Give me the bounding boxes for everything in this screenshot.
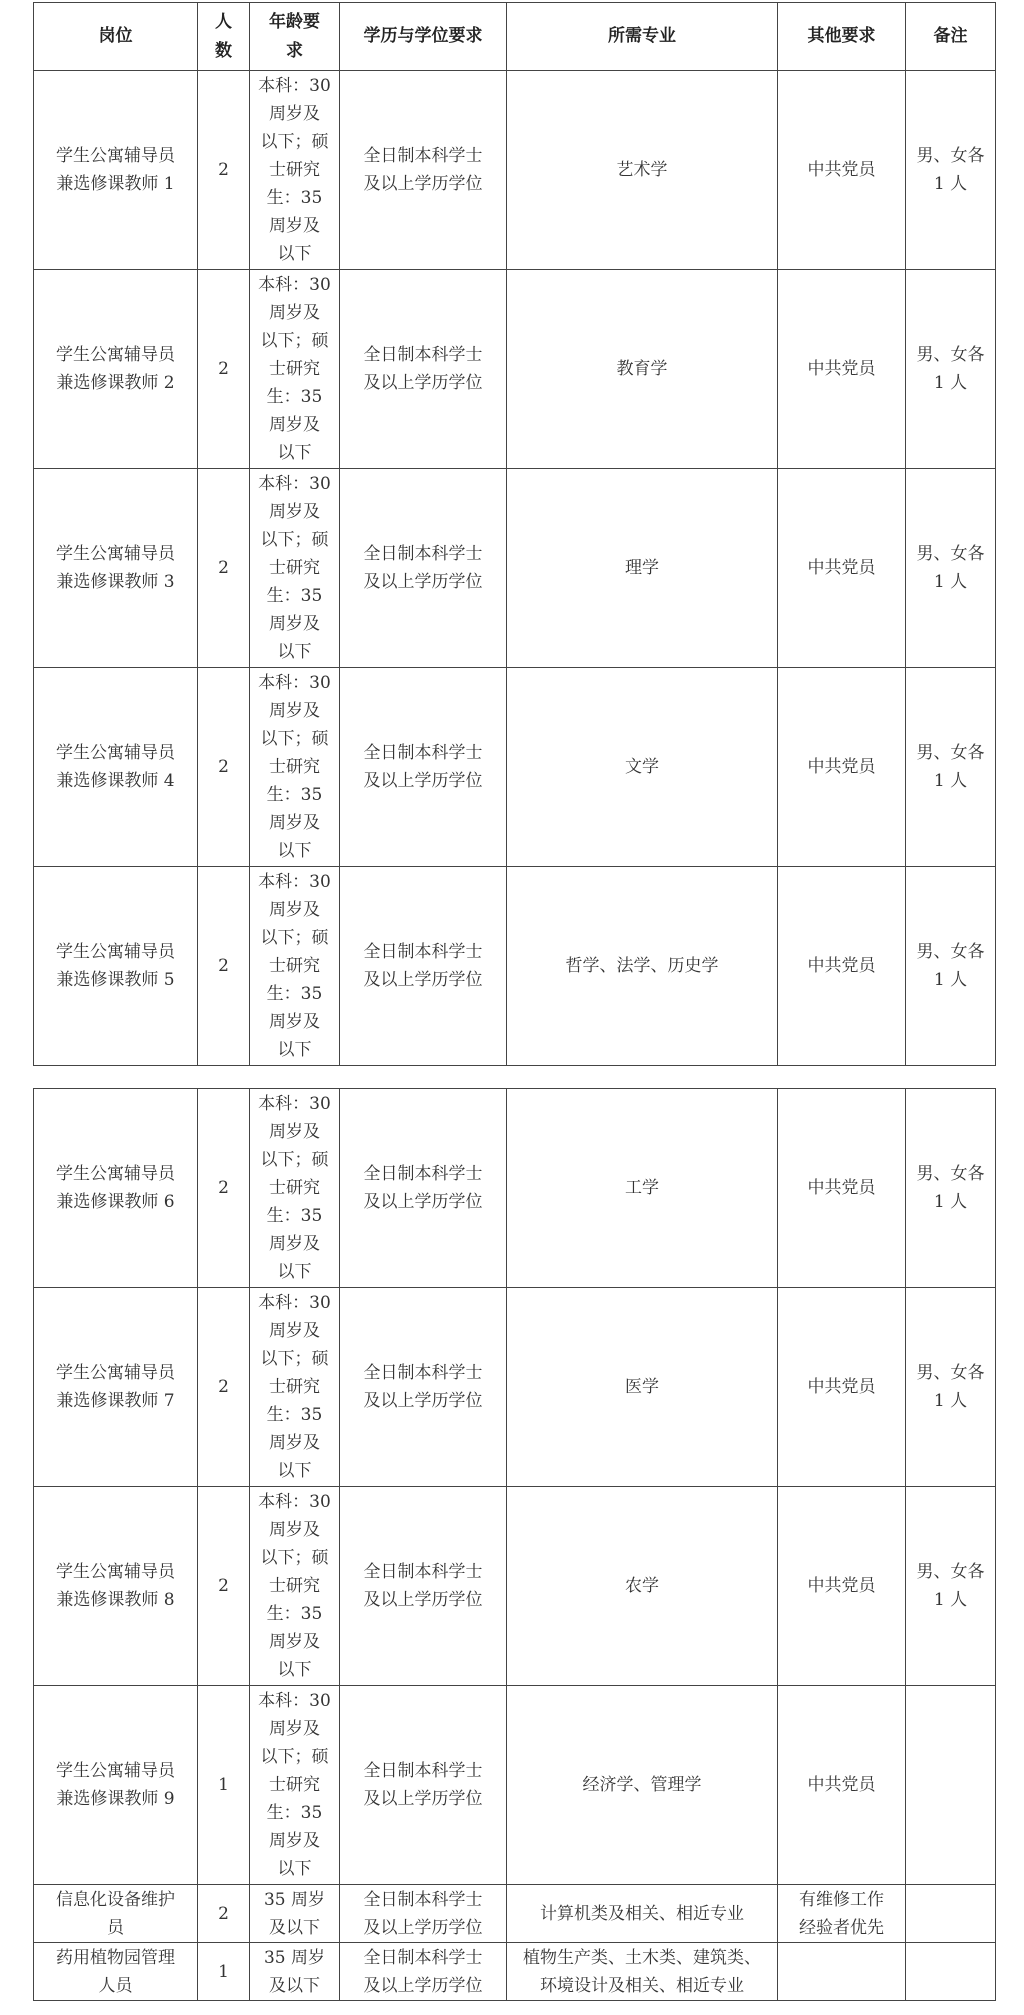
cell-education: 全日制本科学士 及以上学历学位 <box>340 1288 507 1487</box>
cell-note: 男、女各 1 人 <box>906 71 996 270</box>
header-note: 备注 <box>906 3 996 71</box>
recruitment-table-page-2: 学生公寓辅导员 兼选修课教师 62本科：30 周岁及 以下；硕 士研究 生：35… <box>33 1088 996 2001</box>
cell-count: 1 <box>198 1686 250 1885</box>
table-header-row: 岗位 人 数 年龄要 求 学历与学位要求 所需专业 其他要求 备注 <box>34 3 996 71</box>
cell-position: 学生公寓辅导员 兼选修课教师 4 <box>34 668 198 867</box>
cell-other: 中共党员 <box>778 270 906 469</box>
cell-education: 全日制本科学士 及以上学历学位 <box>340 1943 507 2001</box>
cell-other: 中共党员 <box>778 1686 906 1885</box>
cell-age: 本科：30 周岁及 以下；硕 士研究 生：35 周岁及 以下 <box>250 867 340 1066</box>
table-row: 药用植物园管理 人员135 周岁 及以下全日制本科学士 及以上学历学位植物生产类… <box>34 1943 996 2001</box>
cell-major: 植物生产类、土木类、建筑类、 环境设计及相关、相近专业 <box>507 1943 778 2001</box>
cell-other: 中共党员 <box>778 867 906 1066</box>
header-education: 学历与学位要求 <box>340 3 507 71</box>
header-other: 其他要求 <box>778 3 906 71</box>
cell-age: 本科：30 周岁及 以下；硕 士研究 生：35 周岁及 以下 <box>250 668 340 867</box>
cell-other: 中共党员 <box>778 1487 906 1686</box>
cell-position: 学生公寓辅导员 兼选修课教师 9 <box>34 1686 198 1885</box>
cell-education: 全日制本科学士 及以上学历学位 <box>340 1089 507 1288</box>
table-row: 学生公寓辅导员 兼选修课教师 22本科：30 周岁及 以下；硕 士研究 生：35… <box>34 270 996 469</box>
cell-count: 2 <box>198 469 250 668</box>
cell-major: 理学 <box>507 469 778 668</box>
cell-education: 全日制本科学士 及以上学历学位 <box>340 668 507 867</box>
table-row: 学生公寓辅导员 兼选修课教师 42本科：30 周岁及 以下；硕 士研究 生：35… <box>34 668 996 867</box>
cell-major: 文学 <box>507 668 778 867</box>
cell-other: 中共党员 <box>778 1288 906 1487</box>
cell-count: 2 <box>198 71 250 270</box>
cell-count: 2 <box>198 867 250 1066</box>
cell-major: 经济学、管理学 <box>507 1686 778 1885</box>
cell-position: 药用植物园管理 人员 <box>34 1943 198 2001</box>
cell-age: 本科：30 周岁及 以下；硕 士研究 生：35 周岁及 以下 <box>250 469 340 668</box>
cell-other: 中共党员 <box>778 469 906 668</box>
cell-position: 学生公寓辅导员 兼选修课教师 2 <box>34 270 198 469</box>
cell-position: 学生公寓辅导员 兼选修课教师 8 <box>34 1487 198 1686</box>
cell-age: 本科：30 周岁及 以下；硕 士研究 生：35 周岁及 以下 <box>250 71 340 270</box>
cell-note <box>906 1943 996 2001</box>
cell-note <box>906 1686 996 1885</box>
cell-other: 有维修工作 经验者优先 <box>778 1885 906 1943</box>
cell-count: 2 <box>198 270 250 469</box>
table-row: 学生公寓辅导员 兼选修课教师 91本科：30 周岁及 以下；硕 士研究 生：35… <box>34 1686 996 1885</box>
cell-count: 2 <box>198 1089 250 1288</box>
cell-count: 2 <box>198 1885 250 1943</box>
table-row: 学生公寓辅导员 兼选修课教师 12本科：30 周岁及 以下；硕 士研究 生：35… <box>34 71 996 270</box>
cell-education: 全日制本科学士 及以上学历学位 <box>340 469 507 668</box>
cell-position: 学生公寓辅导员 兼选修课教师 1 <box>34 71 198 270</box>
cell-count: 2 <box>198 1487 250 1686</box>
cell-age: 本科：30 周岁及 以下；硕 士研究 生：35 周岁及 以下 <box>250 1288 340 1487</box>
cell-education: 全日制本科学士 及以上学历学位 <box>340 1686 507 1885</box>
cell-age: 本科：30 周岁及 以下；硕 士研究 生：35 周岁及 以下 <box>250 1487 340 1686</box>
cell-education: 全日制本科学士 及以上学历学位 <box>340 1487 507 1686</box>
cell-other: 中共党员 <box>778 668 906 867</box>
cell-position: 信息化设备维护 员 <box>34 1885 198 1943</box>
table-row: 学生公寓辅导员 兼选修课教师 72本科：30 周岁及 以下；硕 士研究 生：35… <box>34 1288 996 1487</box>
cell-education: 全日制本科学士 及以上学历学位 <box>340 270 507 469</box>
cell-count: 2 <box>198 1288 250 1487</box>
cell-major: 工学 <box>507 1089 778 1288</box>
cell-note: 男、女各 1 人 <box>906 1089 996 1288</box>
table-row: 学生公寓辅导员 兼选修课教师 32本科：30 周岁及 以下；硕 士研究 生：35… <box>34 469 996 668</box>
header-position: 岗位 <box>34 3 198 71</box>
cell-major: 艺术学 <box>507 71 778 270</box>
table-row: 学生公寓辅导员 兼选修课教师 62本科：30 周岁及 以下；硕 士研究 生：35… <box>34 1089 996 1288</box>
table-row: 信息化设备维护 员235 周岁 及以下全日制本科学士 及以上学历学位计算机类及相… <box>34 1885 996 1943</box>
cell-position: 学生公寓辅导员 兼选修课教师 6 <box>34 1089 198 1288</box>
cell-note: 男、女各 1 人 <box>906 1288 996 1487</box>
cell-age: 本科：30 周岁及 以下；硕 士研究 生：35 周岁及 以下 <box>250 1089 340 1288</box>
cell-major: 农学 <box>507 1487 778 1686</box>
header-age: 年龄要 求 <box>250 3 340 71</box>
cell-other: 中共党员 <box>778 1089 906 1288</box>
cell-note: 男、女各 1 人 <box>906 270 996 469</box>
cell-age: 35 周岁 及以下 <box>250 1943 340 2001</box>
header-count: 人 数 <box>198 3 250 71</box>
cell-major: 教育学 <box>507 270 778 469</box>
cell-count: 1 <box>198 1943 250 2001</box>
header-major: 所需专业 <box>507 3 778 71</box>
cell-position: 学生公寓辅导员 兼选修课教师 3 <box>34 469 198 668</box>
cell-note <box>906 1885 996 1943</box>
cell-note: 男、女各 1 人 <box>906 867 996 1066</box>
cell-education: 全日制本科学士 及以上学历学位 <box>340 71 507 270</box>
recruitment-table-page-1: 岗位 人 数 年龄要 求 学历与学位要求 所需专业 其他要求 备注 学生公寓辅导… <box>33 2 996 1066</box>
cell-position: 学生公寓辅导员 兼选修课教师 7 <box>34 1288 198 1487</box>
table-row: 学生公寓辅导员 兼选修课教师 82本科：30 周岁及 以下；硕 士研究 生：35… <box>34 1487 996 1686</box>
cell-count: 2 <box>198 668 250 867</box>
table-row: 学生公寓辅导员 兼选修课教师 52本科：30 周岁及 以下；硕 士研究 生：35… <box>34 867 996 1066</box>
cell-other: 中共党员 <box>778 71 906 270</box>
cell-note: 男、女各 1 人 <box>906 469 996 668</box>
cell-age: 本科：30 周岁及 以下；硕 士研究 生：35 周岁及 以下 <box>250 1686 340 1885</box>
cell-other <box>778 1943 906 2001</box>
cell-age: 35 周岁 及以下 <box>250 1885 340 1943</box>
cell-major: 哲学、法学、历史学 <box>507 867 778 1066</box>
cell-education: 全日制本科学士 及以上学历学位 <box>340 867 507 1066</box>
cell-major: 医学 <box>507 1288 778 1487</box>
cell-note: 男、女各 1 人 <box>906 1487 996 1686</box>
cell-major: 计算机类及相关、相近专业 <box>507 1885 778 1943</box>
cell-education: 全日制本科学士 及以上学历学位 <box>340 1885 507 1943</box>
cell-note: 男、女各 1 人 <box>906 668 996 867</box>
cell-position: 学生公寓辅导员 兼选修课教师 5 <box>34 867 198 1066</box>
cell-age: 本科：30 周岁及 以下；硕 士研究 生：35 周岁及 以下 <box>250 270 340 469</box>
